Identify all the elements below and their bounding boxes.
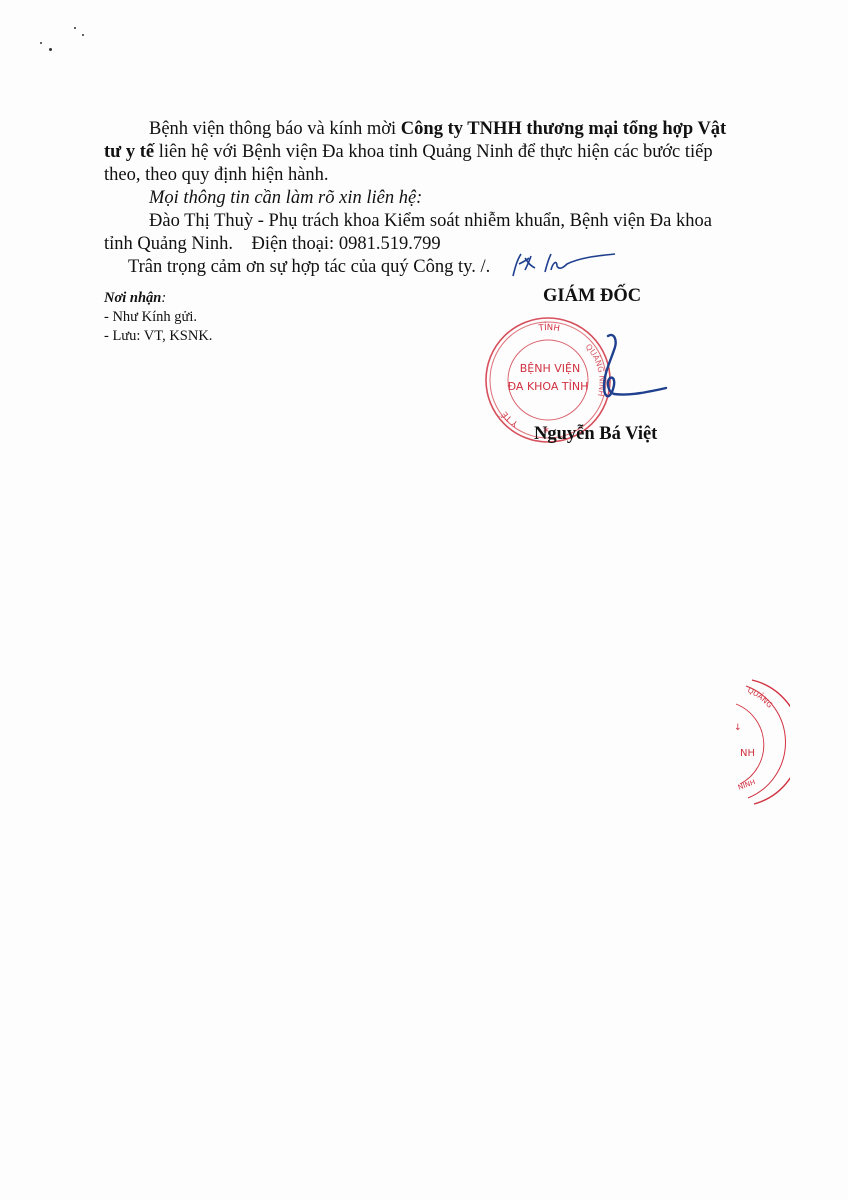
svg-text:NH: NH (740, 748, 755, 759)
scan-artifact (74, 27, 76, 29)
initials-signature-icon (505, 250, 620, 282)
svg-text:BỆNH VIỆN: BỆNH VIỆN (520, 362, 580, 375)
svg-text:NINH: NINH (737, 778, 756, 792)
signatory-title: GIÁM ĐỐC (543, 286, 641, 307)
paragraph-text: Bệnh viện thông báo và kính mời (149, 119, 401, 139)
document-page: Bệnh viện thông báo và kính mời Công ty … (0, 0, 848, 1200)
company-name: Công ty TNHH thương mại tổng hợp Vật (401, 119, 726, 139)
scan-artifact (49, 48, 52, 51)
svg-text:ĐA KHOA TỈNH: ĐA KHOA TỈNH (508, 379, 589, 393)
paragraph-text: liên hệ với Bệnh viện Đa khoa tỉnh Quảng… (154, 142, 713, 162)
recipients-heading-text: Nơi nhận (104, 290, 161, 306)
contact-intro: Mọi thông tin cần làm rõ xin liên hệ: (149, 187, 422, 209)
body-paragraph-line: theo, theo quy định hiện hành. (104, 164, 329, 186)
contact-phone-line: tỉnh Quảng Ninh. Điện thoại: 0981.519.79… (104, 233, 441, 255)
director-signature-icon (590, 330, 670, 410)
body-paragraph-line: tư y tế liên hệ với Bệnh viện Đa khoa tỉ… (104, 141, 713, 163)
recipients-heading: Nơi nhận: (104, 289, 166, 308)
company-name: tư y tế (104, 142, 154, 162)
svg-text:↓: ↓ (734, 723, 742, 733)
body-paragraph-line: Bệnh viện thông báo và kính mời Công ty … (149, 118, 726, 140)
contact-line: Đào Thị Thuỳ - Phụ trách khoa Kiểm soát … (149, 210, 712, 232)
scan-artifact (82, 34, 84, 36)
scan-artifact (40, 42, 42, 44)
recipients-heading-colon: : (161, 290, 166, 306)
svg-text:QUẢNG: QUẢNG (746, 685, 774, 709)
recipient-item: - Như Kính gửi. (104, 308, 197, 327)
closing-line: Trân trọng cảm ơn sự hợp tác của quý Côn… (128, 256, 490, 278)
signatory-name: Nguyễn Bá Việt (534, 424, 657, 445)
recipient-item: - Lưu: VT, KSNK. (104, 327, 212, 346)
svg-text:Y TẾ: Y TẾ (498, 409, 520, 429)
partial-stamp-icon: QUẢNG NH ↓ NINH (720, 676, 790, 808)
